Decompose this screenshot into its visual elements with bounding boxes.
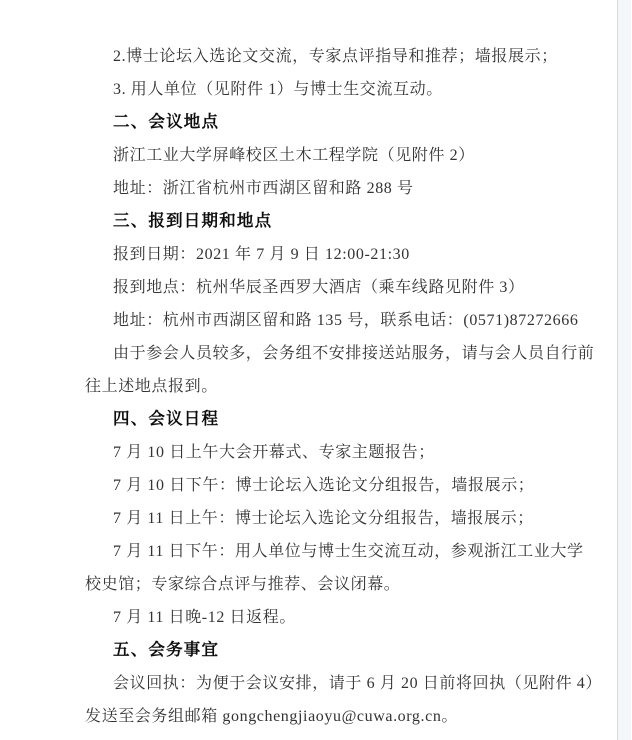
text-line: 发送至会务组邮箱 gongchengjiaoyu@cuwa.org.cn。 [85,700,551,733]
section-heading: 四、会议日程 [85,403,551,436]
section-heading: 五、会务事宜 [85,634,551,667]
section-heading: 三、报到日期和地点 [85,205,551,238]
text-line: 7 月 10 日下午：博士论坛入选论文分组报告，墙报展示； [85,469,551,502]
text-line: 2.博士论坛入选论文交流，专家点评指导和推荐；墙报展示； [85,40,551,73]
text-line: 校史馆；专家综合点评与推荐、会议闭幕。 [85,568,551,601]
text-line: 7 月 11 日下午：用人单位与博士生交流互动，参观浙江工业大学 [85,535,551,568]
document-viewer: 2.博士论坛入选论文交流，专家点评指导和推荐；墙报展示；3. 用人单位（见附件 … [0,0,632,740]
text-line: 7 月 11 日晚-12 日返程。 [85,601,551,634]
text-line: 报到地点：杭州华辰圣西罗大酒店（乘车线路见附件 3） [85,271,551,304]
text-line: 地址：杭州市西湖区留和路 135 号，联系电话：(0571)87272666 [85,304,551,337]
text-line: 7 月 11 日上午：博士论坛入选论文分组报告，墙报展示； [85,502,551,535]
section-heading: 二、会议地点 [85,106,551,139]
viewer-gutter [618,0,631,740]
text-line: 3. 用人单位（见附件 1）与博士生交流互动。 [85,73,551,106]
document-page: 2.博士论坛入选论文交流，专家点评指导和推荐；墙报展示；3. 用人单位（见附件 … [0,0,618,740]
text-line: 会议回执：为便于会议安排，请于 6 月 20 日前将回执（见附件 4） [85,667,551,700]
text-line: 浙江工业大学屏峰校区土木工程学院（见附件 2） [85,139,551,172]
text-line: 报到日期：2021 年 7 月 9 日 12:00-21:30 [85,238,551,271]
text-line: 地址：浙江省杭州市西湖区留和路 288 号 [85,172,551,205]
text-line: 往上述地点报到。 [85,370,551,403]
document-body: 2.博士论坛入选论文交流，专家点评指导和推荐；墙报展示；3. 用人单位（见附件 … [0,0,617,733]
text-line: 由于参会人员较多，会务组不安排接送站服务，请与会人员自行前 [85,337,551,370]
text-line: 7 月 10 日上午大会开幕式、专家主题报告； [85,436,551,469]
